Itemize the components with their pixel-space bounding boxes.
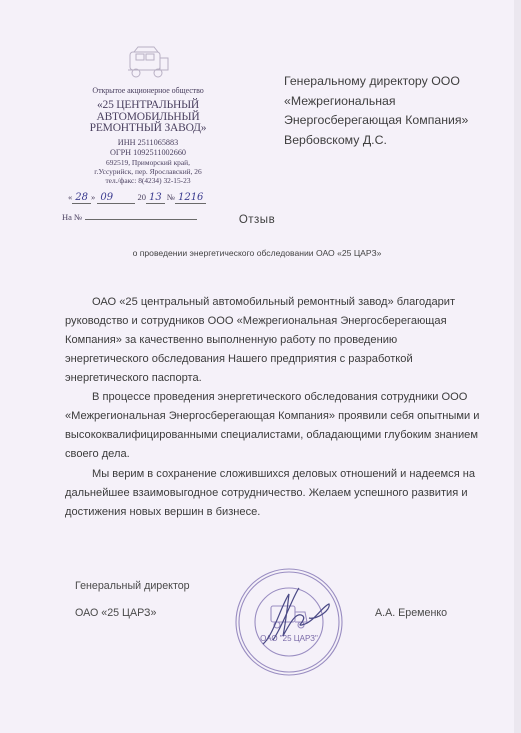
body-paragraph-1: ОАО «25 центральный автомобильный ремонт… — [65, 293, 480, 388]
body-paragraph-2: В процессе проведения энергетического об… — [65, 388, 480, 464]
paragraph-text: ОАО «25 центральный автомобильный ремонт… — [65, 293, 480, 388]
paragraph-text: Мы верим в сохранение сложившихся деловы… — [65, 465, 480, 522]
letter-page: Открытое акционерное общество «25 ЦЕНТРА… — [0, 0, 514, 733]
number-label: № — [167, 192, 175, 202]
signatory-position: Генеральный директор — [75, 580, 190, 592]
year-prefix: 20 — [137, 192, 146, 202]
addressee-block: Генеральному директору ООО «Межрегиональ… — [284, 72, 514, 150]
phone: тел./факс: 8(4234) 32-15-23 — [62, 176, 234, 185]
document-title: Отзыв — [0, 214, 514, 226]
quote-close: » — [91, 192, 95, 202]
scan-edge — [514, 0, 521, 733]
truck-icon — [124, 44, 172, 82]
date-month: 09 — [97, 192, 135, 204]
round-seal-stamp-icon: ОАО "25 ЦАРЗ" — [233, 566, 345, 678]
addressee-line-2: «Межрегиональная — [284, 92, 514, 112]
document-subtitle: о проведении энергетического обследовани… — [0, 248, 514, 258]
year-suffix: 13 — [146, 192, 165, 204]
company-name-line-1: «25 ЦЕНТРАЛЬНЫЙ — [62, 100, 234, 112]
signatory-name: А.А. Еременко — [375, 607, 447, 619]
company-form: Открытое акционерное общество — [62, 86, 234, 95]
address-line-2: г.Уссурийск, пер. Ярославский, 26 — [62, 167, 234, 176]
body-paragraph-3: Мы верим в сохранение сложившихся деловы… — [65, 465, 480, 522]
addressee-line-4: Вербовскому Д.С. — [284, 131, 514, 151]
address-line-1: 692519, Приморский край, — [62, 158, 234, 167]
outgoing-number: 1216 — [175, 192, 206, 204]
signatory-organization: ОАО «25 ЦАРЗ» — [75, 607, 156, 619]
date-day: 28 — [72, 192, 91, 204]
outgoing-date-number: «28» 09 2013 №1216 — [68, 192, 206, 204]
addressee-line-3: Энергосберегающая Компания» — [284, 111, 514, 131]
letterhead: Открытое акционерное общество «25 ЦЕНТРА… — [62, 44, 234, 185]
addressee-line-1: Генеральному директору ООО — [284, 72, 514, 92]
ogrn: ОГРН 1092511002660 — [62, 148, 234, 158]
company-name-line-3: РЕМОНТНЫЙ ЗАВОД» — [62, 123, 234, 135]
paragraph-text: В процессе проведения энергетического об… — [65, 388, 480, 464]
inn: ИНН 2511065883 — [62, 138, 234, 148]
